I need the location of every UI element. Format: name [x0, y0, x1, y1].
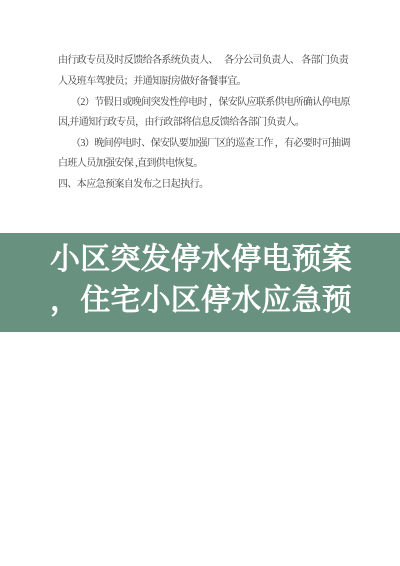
- page-canvas: 由行政专员及时反馈给各系统负责人、 各分公司负责人、 各部门负责 人及班车驾驶员…: [0, 0, 400, 566]
- document-line-5: （3）晚间停电时、保安队要加强厂区的巡查工作 ，有必要时可抽调: [71, 138, 400, 149]
- document-line-7: 四、本应急预案自发布之日起执行。: [58, 179, 388, 190]
- document-line-4: 因,并通知行政专员，由行政部将信息反馈给各部门负责人。: [58, 117, 388, 128]
- document-line-3: （2）节假日或晚间突发性停电时 ，保安队应联系供电所确认停电原: [71, 97, 400, 108]
- document-line-1: 由行政专员及时反馈给各系统负责人、 各分公司负责人、 各部门负责: [58, 55, 388, 66]
- overlay-title-line-2: ，住宅小区停水应急预: [50, 285, 352, 317]
- title-overlay-band: 小区突发停水停电预案 ，住宅小区停水应急预: [0, 233, 400, 332]
- overlay-title-line-1: 小区突发停水停电预案: [50, 244, 352, 276]
- document-line-2: 人及班车驾驶员；并通知厨房做好备餐事宜。: [58, 76, 388, 87]
- document-line-6: 白班人员加强安保 ,直到供电恢复。: [58, 158, 388, 169]
